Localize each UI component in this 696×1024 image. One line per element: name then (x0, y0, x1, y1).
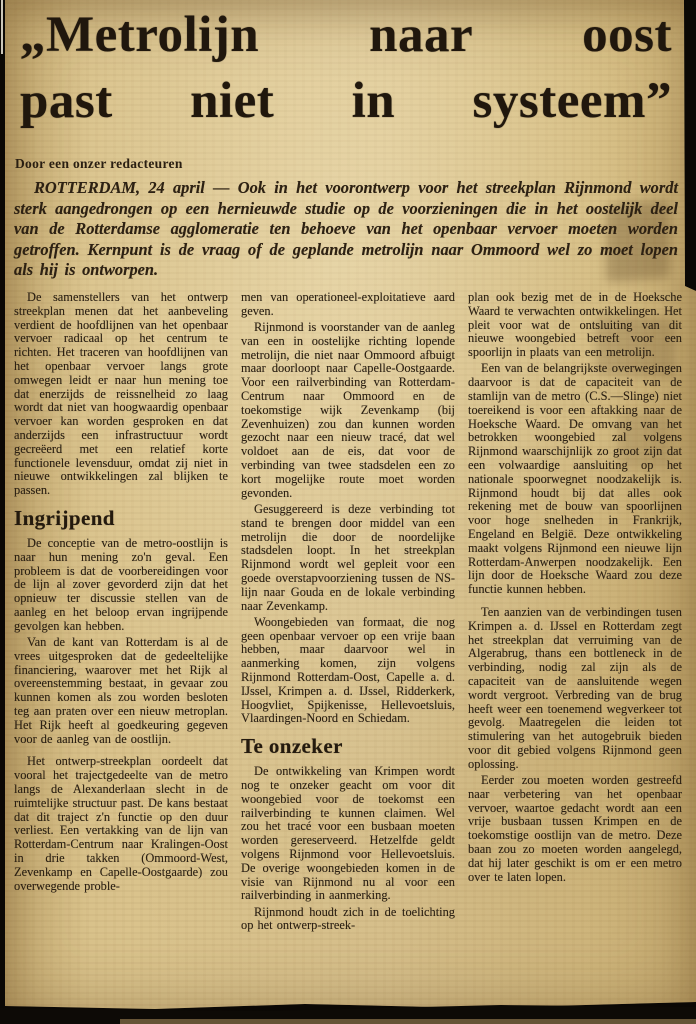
column-1: De samenstellers van het ontwerp streekp… (14, 291, 228, 1011)
article-columns: De samenstellers van het ontwerp streekp… (14, 291, 682, 1011)
paragraph: Rijnmond is voorstander van de aanleg va… (241, 321, 455, 500)
paragraph: De samenstellers van het ontwerp streekp… (14, 291, 228, 498)
adjacent-clipping-edge (120, 1019, 696, 1024)
paragraph: Woongebieden van formaat, die nog geen o… (241, 616, 455, 726)
byline: Door een onzer redacteuren (15, 156, 183, 172)
headline-line-1: „Metrolijn naar oost (20, 2, 672, 68)
subheading-te-onzeker: Te onzeker (241, 735, 455, 758)
scanned-newspaper-clipping: „Metrolijn naar oost past niet in systee… (0, 0, 696, 1024)
headline-line-2: past niet in systeem” (20, 68, 672, 134)
column-2: men van operationeel-exploitatieve aard … (241, 291, 455, 1011)
article-headline: „Metrolijn naar oost past niet in systee… (20, 2, 672, 134)
subheading-ingrijpend: Ingrijpend (14, 507, 228, 530)
paragraph: Ten aanzien van de verbindingen tusen Kr… (468, 606, 682, 772)
paragraph: Een van de belangrijkste overwegingen da… (468, 362, 682, 597)
column-3: plan ook bezig met de in de Hoeksche Waa… (468, 291, 682, 1011)
paragraph: De conceptie van de metro-oostlijn is na… (14, 537, 228, 634)
paragraph: Rijnmond houdt zich in de toelichting op… (241, 906, 455, 934)
scan-edge-highlight (1, 0, 3, 54)
paragraph-continuation: men van operationeel-exploitatieve aard … (241, 291, 455, 319)
paragraph: Van de kant van Rotterdam is al de vrees… (14, 636, 228, 746)
lead-paragraph: ROTTERDAM, 24 april — Ook in het vooront… (14, 178, 678, 281)
paragraph: Het ontwerp-streekplan oordeelt dat voor… (14, 755, 228, 893)
paragraph: Eerder zou moeten worden gestreefd naar … (468, 774, 682, 884)
paragraph: De ontwikkeling van Krimpen wordt nog te… (241, 765, 455, 903)
paragraph-continuation: plan ook bezig met de in de Hoeksche Waa… (468, 291, 682, 360)
paragraph: Gesuggereerd is deze verbinding tot stan… (241, 503, 455, 613)
